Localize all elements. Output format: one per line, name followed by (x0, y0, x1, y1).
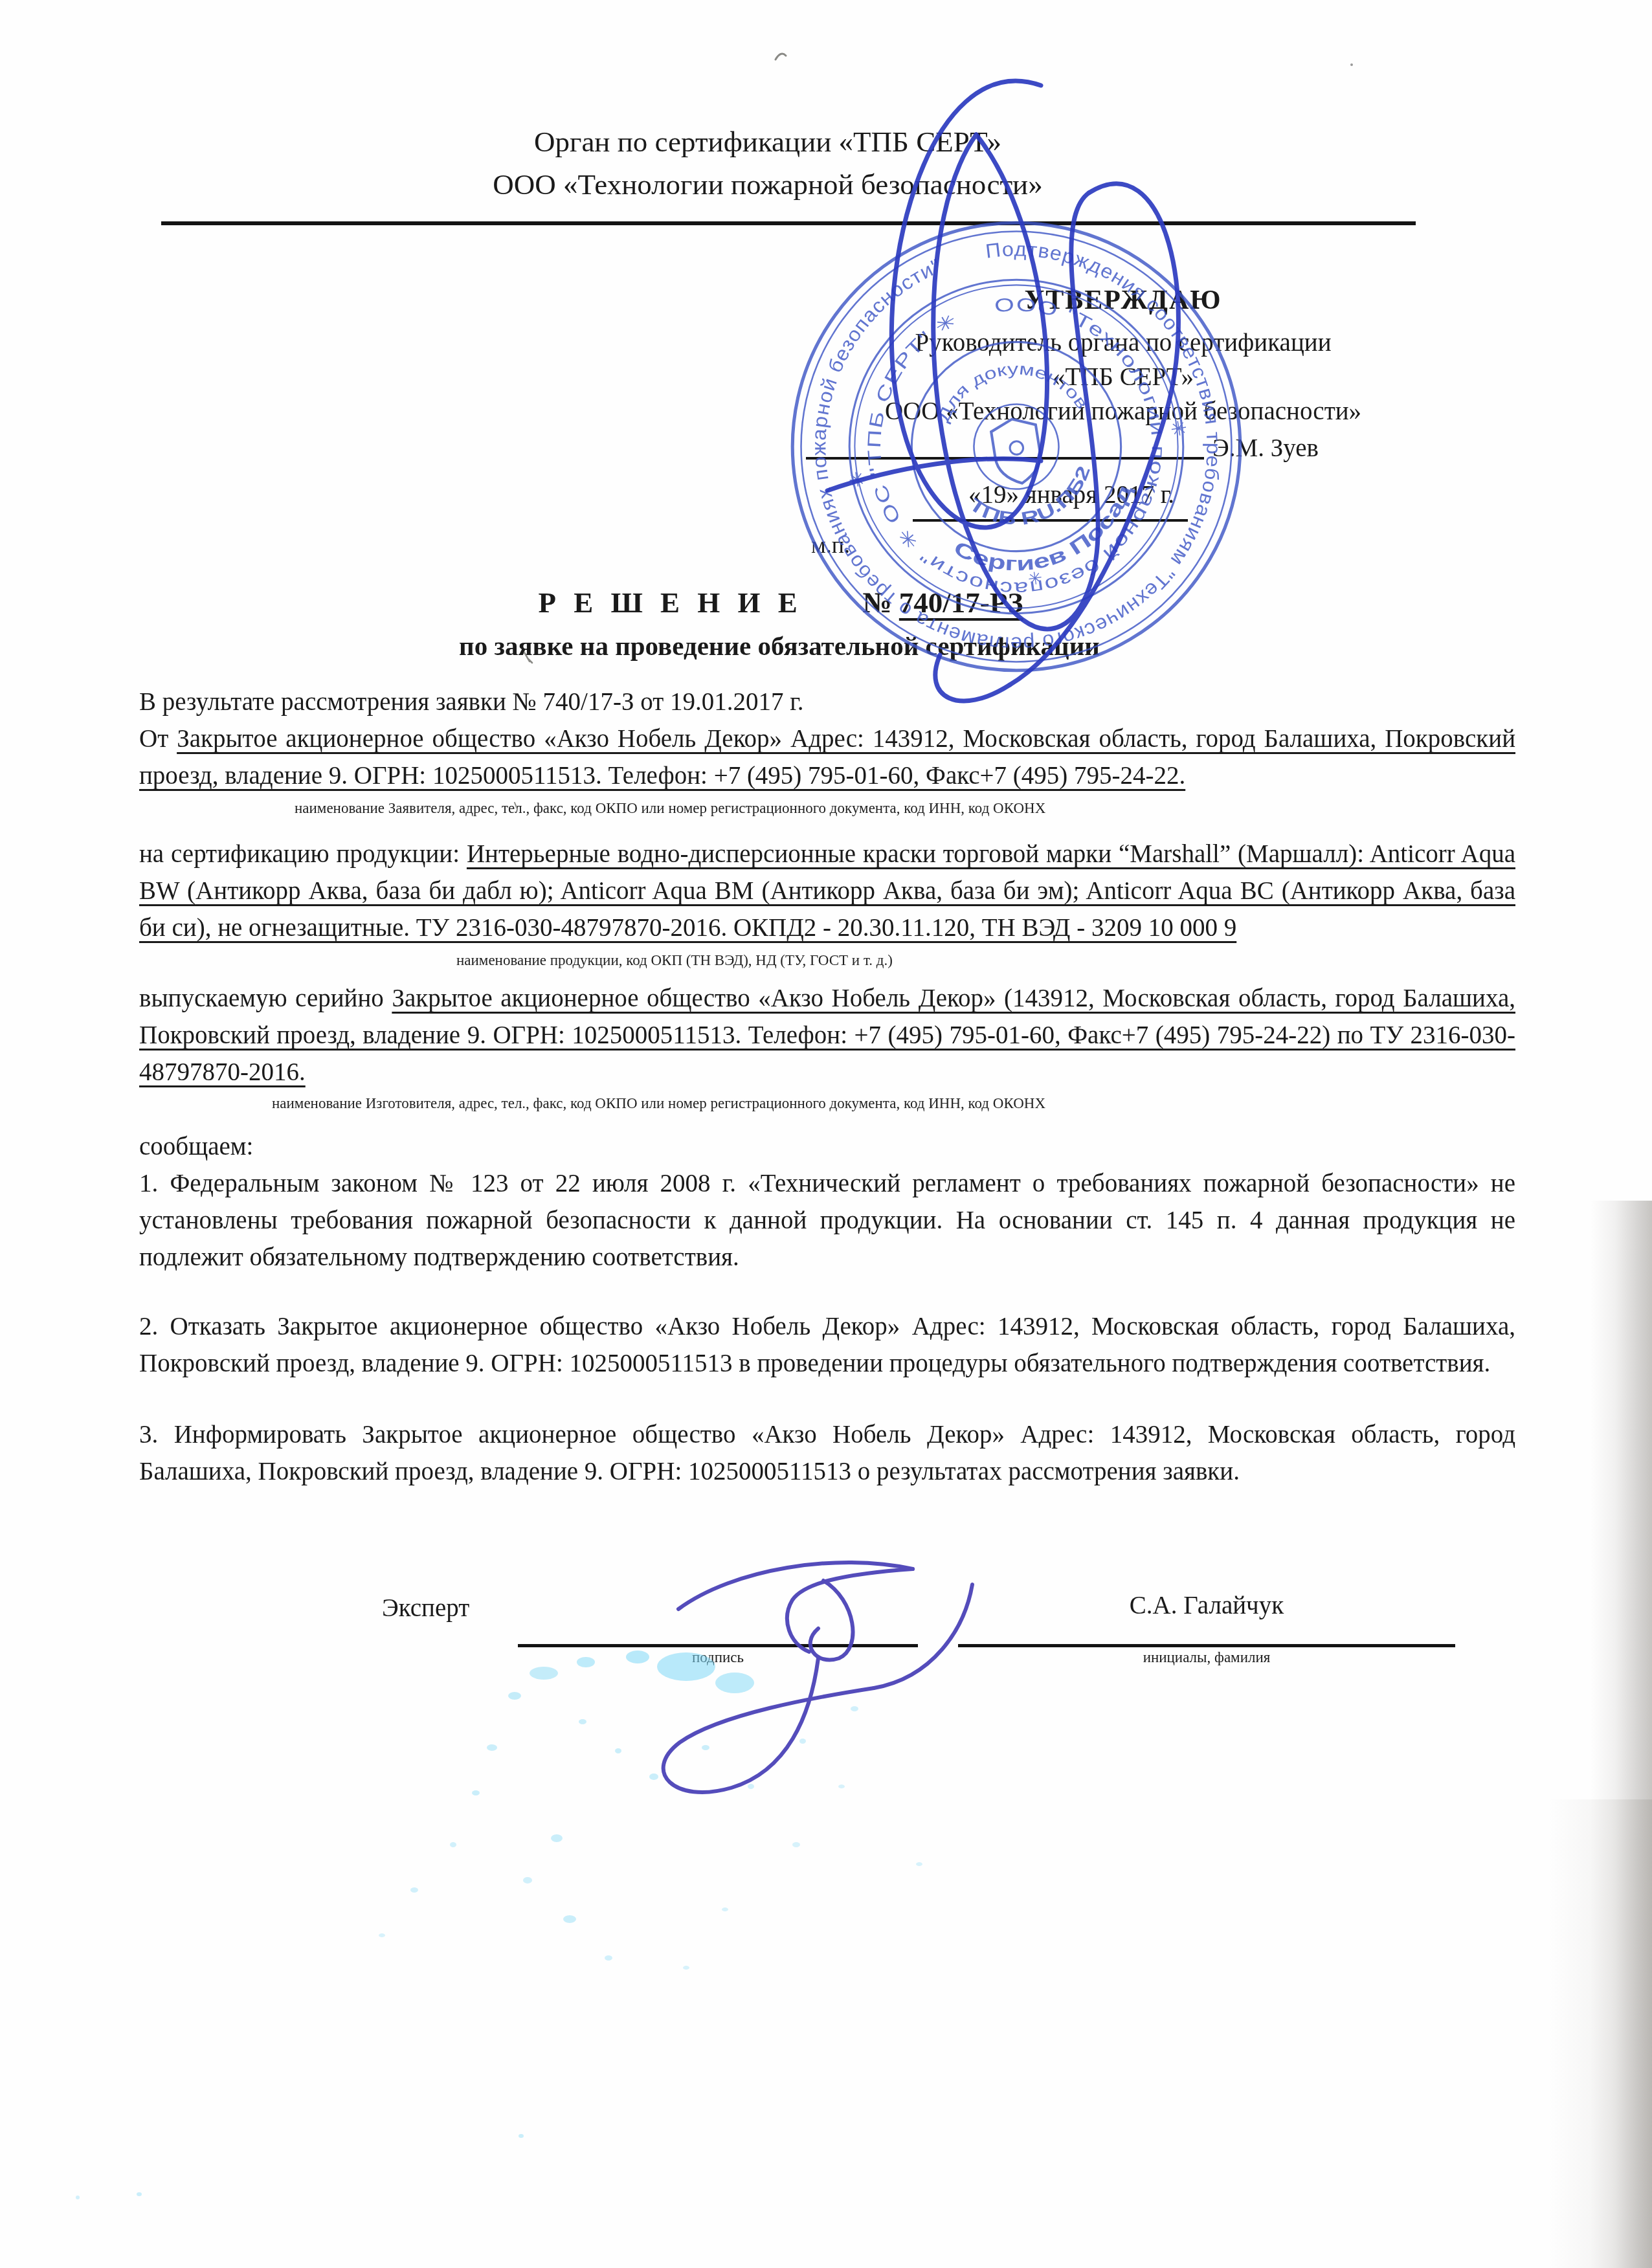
decision-title: Р Е Ш Е Н И Е № 740/17-РЗ (0, 586, 1607, 619)
manufacturer-caption: наименование Изготовителя, адрес, тел., … (272, 1095, 1515, 1113)
applicant-caption: наименование Заявителя, адрес, тел., фак… (295, 799, 1515, 817)
stamp-asterisk-bottom: ✳ (1027, 568, 1044, 589)
ink-stains (76, 1651, 922, 2199)
expert-signature-line (518, 1617, 918, 1647)
certification-stamp: Подтверждения соответствия требованиям "… (751, 181, 1281, 711)
header-rule (161, 221, 1416, 225)
scan-shadow-right (1591, 1201, 1652, 2268)
applicant-text: Закрытое акционерное общество «Акзо Нобе… (139, 725, 1515, 790)
decision-subtitle: по заявке на проведение обязательной сер… (0, 630, 1605, 661)
applicant-prefix: От (139, 725, 168, 753)
paragraph-3: 3. Информировать Закрытое акционерное об… (139, 1416, 1515, 1490)
applicant-paragraph: От Закрытое акционерное общество «Акзо Н… (139, 720, 1515, 794)
paragraph-2: 2. Отказать Закрытое акционерное обществ… (139, 1308, 1515, 1382)
expert-signature (664, 1562, 972, 1792)
document-body: В результате рассмотрения заявки № 740/1… (139, 684, 1515, 1490)
org-name-line2: ООО «Технологии пожарной безопасности» (0, 163, 1594, 206)
stamp-center-emblem (990, 416, 1044, 487)
product-paragraph: на сертификацию продукции: Интерьерные в… (139, 836, 1515, 946)
scanned-document-page: Орган по сертификации «ТПБ СЕРТ» ООО «Те… (0, 0, 1652, 2268)
manufacturer-paragraph: выпускаемую серийно Закрытое акционерное… (139, 980, 1515, 1091)
expert-label: Эксперт (382, 1594, 469, 1623)
product-prefix: на сертификацию продукции: (139, 840, 460, 868)
paragraph-1: 1. Федеральным законом № 123 от 22 июля … (139, 1165, 1515, 1276)
expert-name: С.А. Галайчук (958, 1591, 1455, 1620)
org-name-line1: Орган по сертификации «ТПБ СЕРТ» (0, 120, 1594, 163)
decision-word: Р Е Ш Е Н И Е (538, 586, 802, 619)
expert-name-caption: инициалы, фамилия (958, 1649, 1455, 1666)
manufacturer-prefix: выпускаемую серийно (139, 984, 384, 1012)
inform-line: сообщаем: (139, 1128, 1515, 1165)
expert-name-line (958, 1617, 1455, 1647)
scan-shadow-bottom-right (1548, 1799, 1652, 2268)
expert-signature-caption: подпись (518, 1649, 918, 1666)
stamp-asterisk-right: ✳ (1169, 416, 1189, 441)
stamp-asterisk-left: ✳ (847, 467, 867, 493)
document-header: Орган по сертификации «ТПБ СЕРТ» ООО «Те… (0, 120, 1594, 206)
product-caption: наименование продукции, код ОКП (ТН ВЭД)… (456, 951, 1515, 970)
